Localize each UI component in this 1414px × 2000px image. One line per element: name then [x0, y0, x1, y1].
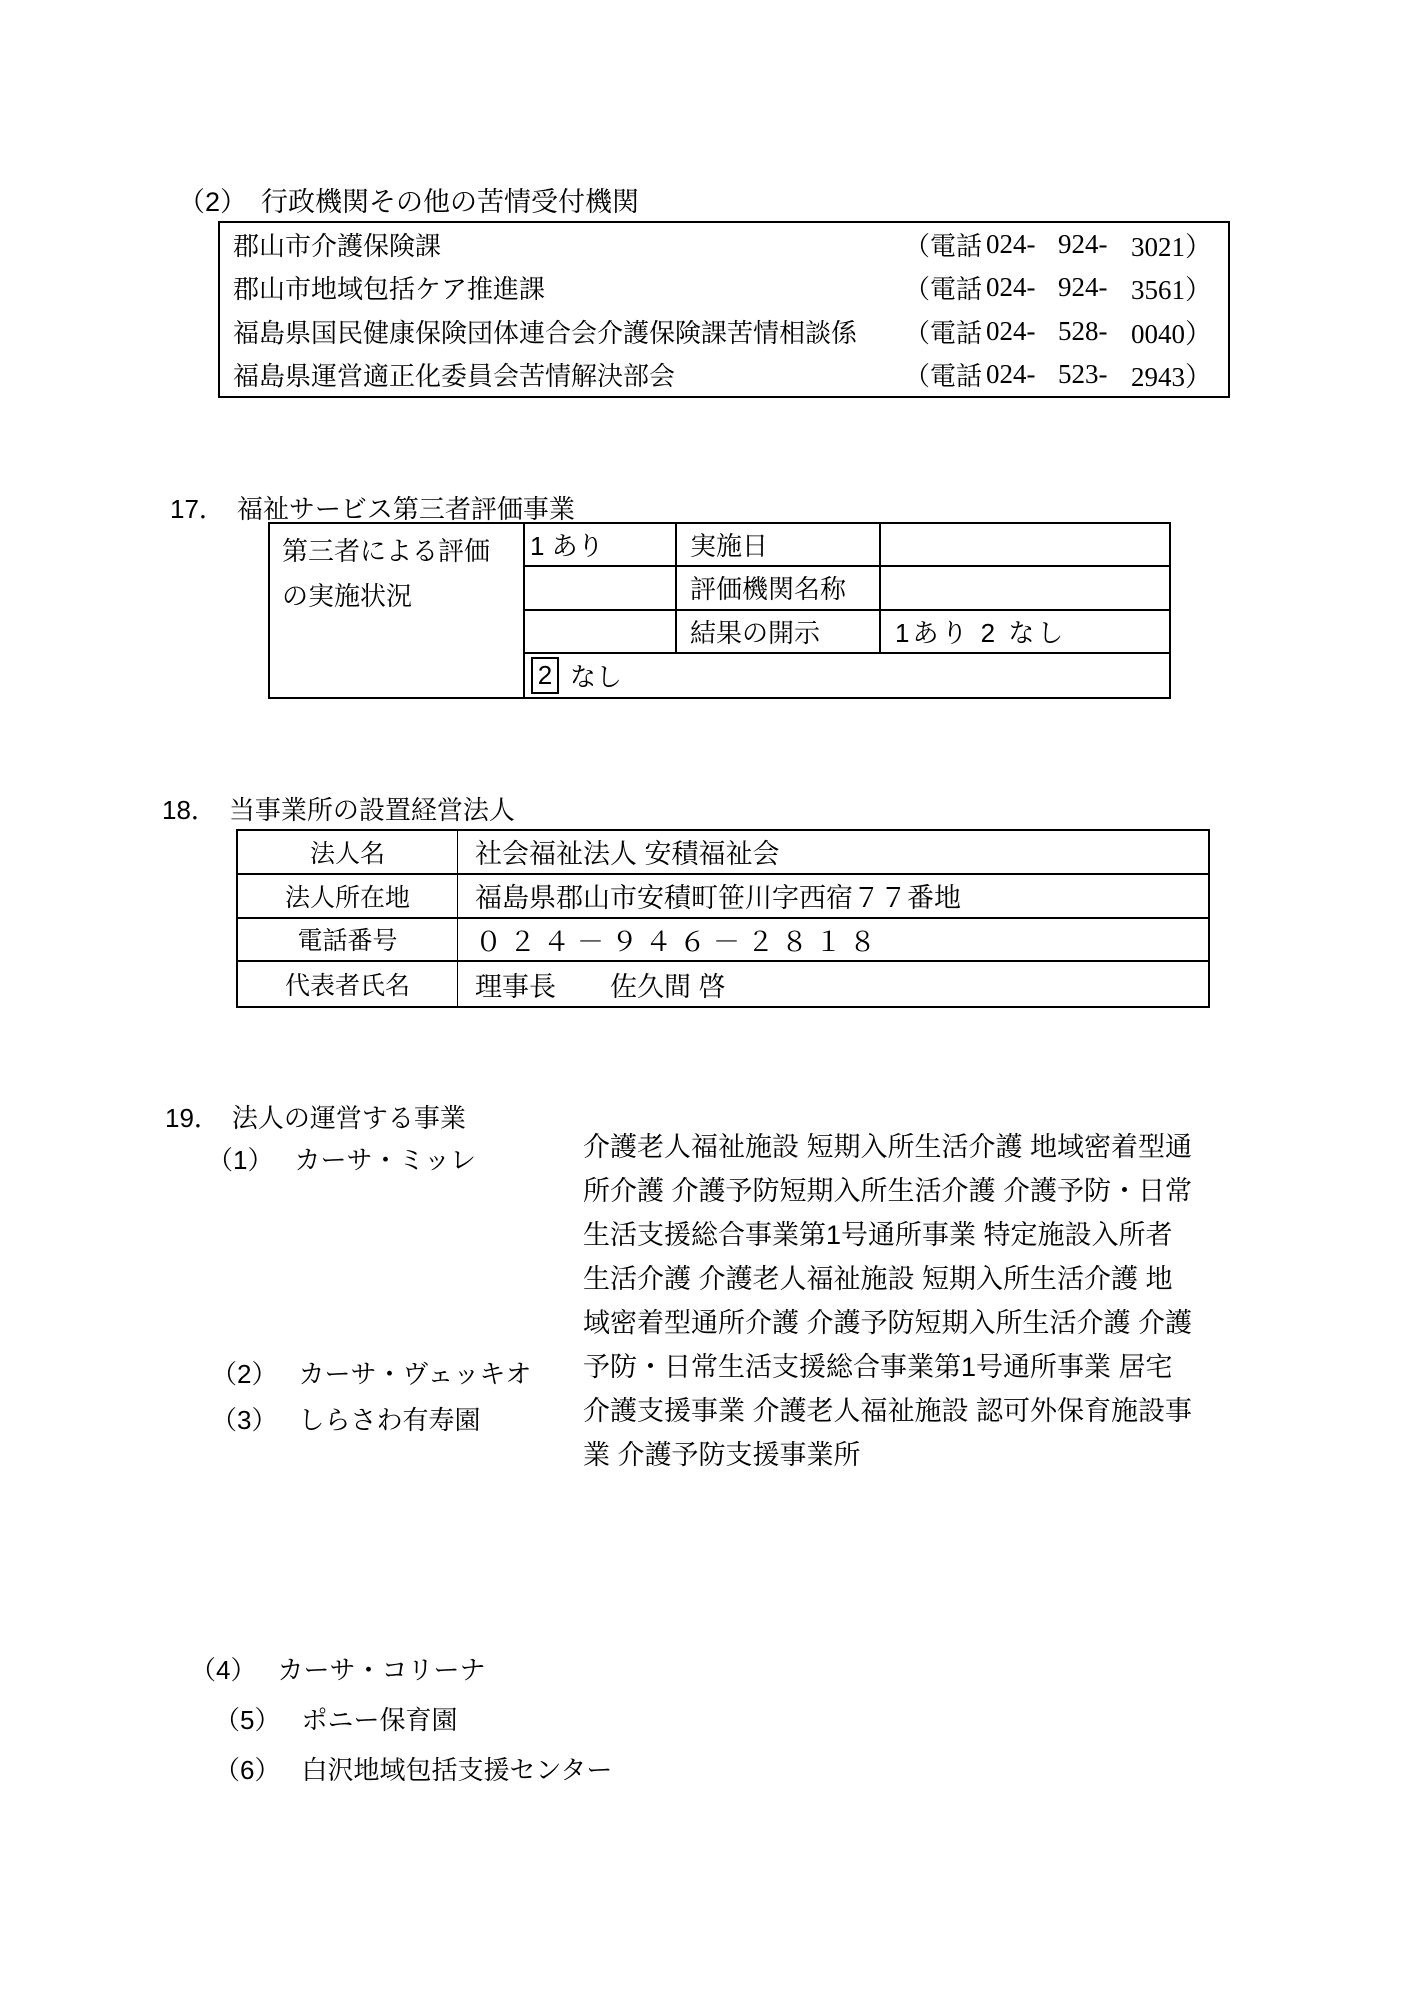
business-item-5: （5） ポニー保育園 — [214, 1700, 457, 1737]
business-item-name: カーサ・コリーナ — [277, 1650, 485, 1687]
evaluation-label-org: 評価機関名称 — [677, 567, 881, 610]
agency-name: 福島県運営適正化委員会苦情解決部会 — [233, 356, 904, 393]
agency-name: 郡山市介護保険課 — [233, 226, 904, 263]
agency-row: 福島県国民健康保険団体連合会介護保険課苦情相談係 （電話 024- 528- 0… — [220, 312, 1228, 351]
agency-row: 郡山市介護保険課 （電話 024- 924- 3021） — [220, 225, 1228, 264]
corp-representative-value: 理事長 佐久間 啓 — [458, 962, 1208, 1006]
corp-phone-label: 電話番号 — [238, 919, 458, 961]
business-item-2: （2） カーサ・ヴェッキオ — [211, 1354, 531, 1391]
description-line: 生活介護 介護老人福祉施設 短期入所生活介護 地 — [583, 1257, 1223, 1301]
phone-area-code: 024- — [986, 359, 1058, 390]
phone-label: （電話 — [904, 313, 986, 350]
phone-label: （電話 — [904, 226, 986, 263]
description-line: 業 介護予防支援事業所 — [583, 1433, 1223, 1477]
evaluation-label-disclosure: 結果の開示 — [677, 611, 881, 654]
evaluation-heading-number: 17． — [170, 489, 225, 526]
description-line: 予防・日常生活支援総合事業第1号通所事業 居宅 — [583, 1345, 1223, 1389]
evaluation-value-date — [881, 524, 1169, 567]
business-item-number: （6） — [214, 1750, 280, 1787]
business-services-description: 介護老人福祉施設 短期入所生活介護 地域密着型通 所介護 介護予防短期入所生活介… — [583, 1125, 1223, 1477]
phone-exchange: 523- — [1058, 359, 1131, 390]
corporation-section-heading: 18． 当事業所の設置経営法人 — [162, 790, 515, 827]
description-line: 生活支援総合事業第1号通所事業 特定施設入所者 — [583, 1213, 1223, 1257]
business-item-3: （3） しらさわ有寿園 — [211, 1400, 480, 1437]
phone-exchange: 924- — [1058, 229, 1131, 260]
business-item-name: しらさわ有寿園 — [298, 1400, 480, 1437]
corp-name-label: 法人名 — [238, 831, 458, 873]
business-item-number: （3） — [211, 1400, 277, 1437]
evaluation-table: 第三者による評価の実施状況 1 あり 実施日 評価機関名称 結果の開示 1あり … — [268, 522, 1171, 699]
evaluation-option-ari: 1 あり — [525, 524, 677, 567]
phone-label: （電話 — [904, 356, 986, 393]
evaluation-empty-cell — [525, 567, 677, 610]
phone-number: 3561） — [1131, 268, 1212, 307]
phone-area-code: 024- — [986, 272, 1058, 303]
agency-name: 郡山市地域包括ケア推進課 — [233, 269, 904, 306]
business-item-6: （6） 白沢地域包括支援センター — [214, 1750, 612, 1787]
description-line: 域密着型通所介護 介護予防短期入所生活介護 介護 — [583, 1301, 1223, 1345]
evaluation-row-header: 第三者による評価の実施状況 — [270, 524, 525, 697]
business-item-1: （1） カーサ・ミッレ — [207, 1140, 476, 1177]
evaluation-option-nashi: 2 なし — [525, 654, 1169, 697]
agency-row: 福島県運営適正化委員会苦情解決部会 （電話 024- 523- 2943） — [220, 355, 1228, 394]
business-item-4: （4） カーサ・コリーナ — [190, 1650, 485, 1687]
table-row: 電話番号 ０２４－９４６－２８１８ — [238, 919, 1208, 963]
nashi-checkbox: 2 — [531, 657, 559, 694]
business-heading-text: 法人の運営する事業 — [232, 1098, 466, 1135]
corp-representative-label: 代表者氏名 — [238, 962, 458, 1006]
description-line: 介護支援事業 介護老人福祉施設 認可外保育施設事 — [583, 1389, 1223, 1433]
phone-number: 0040） — [1131, 312, 1212, 351]
description-line: 介護老人福祉施設 短期入所生活介護 地域密着型通 — [583, 1125, 1223, 1169]
phone-exchange: 528- — [1058, 316, 1131, 347]
business-item-name: ポニー保育園 — [301, 1700, 457, 1737]
business-item-number: （4） — [190, 1650, 256, 1687]
evaluation-value-disclosure: 1あり 2 なし — [881, 611, 1169, 654]
phone-area-code: 024- — [986, 229, 1058, 260]
phone-label: （電話 — [904, 269, 986, 306]
business-heading-number: 19． — [165, 1098, 220, 1135]
phone-area-code: 024- — [986, 316, 1058, 347]
corporation-table: 法人名 社会福祉法人 安積福祉会 法人所在地 福島県郡山市安積町笹川字西宿７７番… — [236, 829, 1210, 1008]
phone-number: 2943） — [1131, 355, 1212, 394]
evaluation-section-heading: 17． 福祉サービス第三者評価事業 — [170, 489, 575, 526]
business-item-name: 白沢地域包括支援センター — [301, 1750, 612, 1787]
business-item-name: カーサ・ヴェッキオ — [298, 1354, 531, 1391]
business-section-heading: 19． 法人の運営する事業 — [165, 1098, 466, 1135]
corporation-heading-number: 18． — [162, 790, 217, 827]
complaint-agencies-table: 郡山市介護保険課 （電話 024- 924- 3021） 郡山市地域包括ケア推進… — [218, 221, 1230, 398]
agency-name: 福島県国民健康保険団体連合会介護保険課苦情相談係 — [233, 313, 904, 350]
business-item-number: （1） — [207, 1140, 273, 1177]
phone-exchange: 924- — [1058, 272, 1131, 303]
table-row: 法人所在地 福島県郡山市安積町笹川字西宿７７番地 — [238, 875, 1208, 919]
nashi-label: なし — [570, 657, 622, 694]
business-item-number: （2） — [211, 1354, 277, 1391]
table-row: 法人名 社会福祉法人 安積福祉会 — [238, 831, 1208, 875]
complaint-section-heading: （2） 行政機関その他の苦情受付機関 — [178, 180, 639, 219]
evaluation-empty-cell — [525, 611, 677, 654]
evaluation-value-org — [881, 567, 1169, 610]
corp-address-value: 福島県郡山市安積町笹川字西宿７７番地 — [458, 875, 1208, 917]
business-item-name: カーサ・ミッレ — [294, 1140, 475, 1177]
corp-name-value: 社会福祉法人 安積福祉会 — [458, 831, 1208, 873]
table-row: 代表者氏名 理事長 佐久間 啓 — [238, 962, 1208, 1006]
description-line: 所介護 介護予防短期入所生活介護 介護予防・日常 — [583, 1169, 1223, 1213]
corp-address-label: 法人所在地 — [238, 875, 458, 917]
evaluation-heading-text: 福祉サービス第三者評価事業 — [237, 489, 575, 526]
business-item-number: （5） — [214, 1700, 280, 1737]
agency-row: 郡山市地域包括ケア推進課 （電話 024- 924- 3561） — [220, 268, 1228, 307]
complaint-heading-text: 行政機関その他の苦情受付機関 — [261, 180, 639, 219]
complaint-heading-number: （2） — [178, 180, 247, 219]
evaluation-label-date: 実施日 — [677, 524, 881, 567]
corp-phone-value: ０２４－９４６－２８１８ — [458, 919, 1208, 961]
phone-number: 3021） — [1131, 225, 1212, 264]
document-page: （2） 行政機関その他の苦情受付機関 郡山市介護保険課 （電話 024- 924… — [0, 0, 1414, 2000]
corporation-heading-text: 当事業所の設置経営法人 — [229, 790, 515, 827]
